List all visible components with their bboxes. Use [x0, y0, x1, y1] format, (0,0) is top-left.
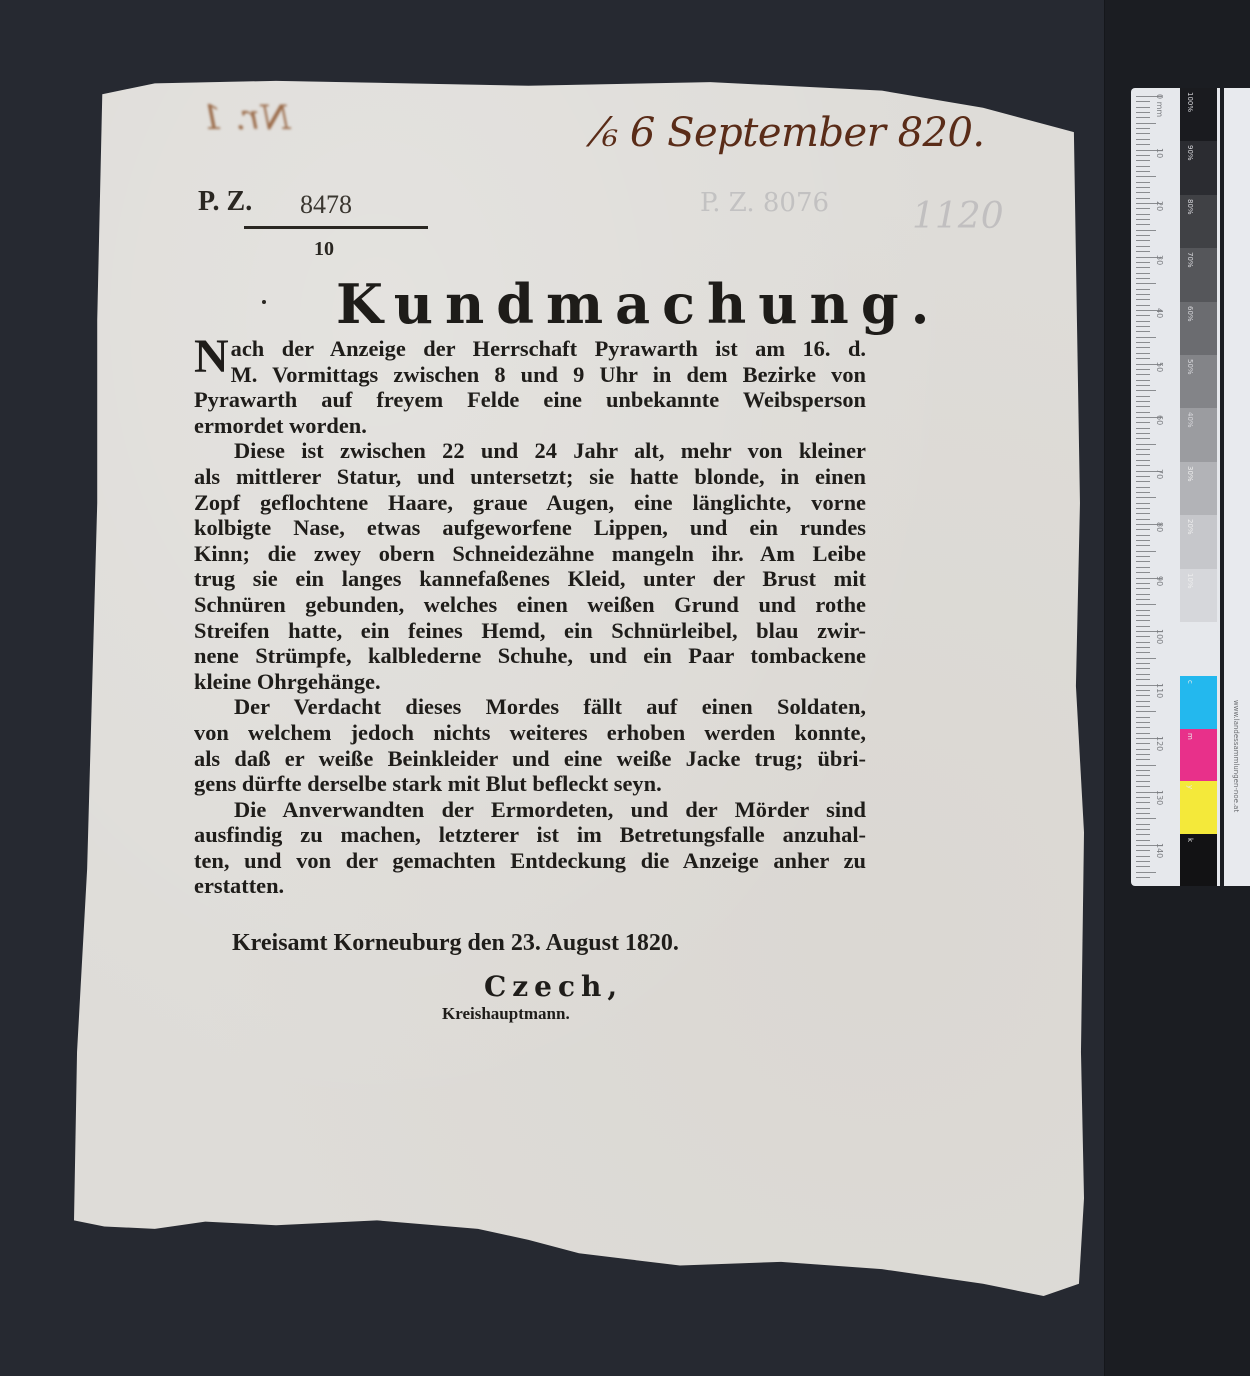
ruler-tick	[1136, 107, 1150, 108]
handwritten-annotation-left: Nr. 1	[200, 98, 291, 138]
ruler-tick	[1136, 733, 1150, 734]
paragraph-4: Die Anverwandten der Ermordeten, und der…	[194, 797, 866, 899]
ruler-tick	[1136, 861, 1150, 862]
ruler-tick	[1136, 128, 1150, 129]
handwritten-date-annotation: ⁄₆ 6 September 820.	[596, 110, 985, 156]
ruler-tick	[1136, 240, 1150, 241]
ruler-tick	[1136, 289, 1150, 290]
ruler-tick	[1136, 171, 1150, 172]
gray-patch-label: 20%	[1186, 519, 1194, 535]
ruler-tick	[1136, 850, 1150, 851]
ruler-tick	[1136, 808, 1150, 809]
ruler-tick	[1136, 326, 1150, 327]
text-line: trug sie ein langes kannefaßenes Kleid, …	[194, 566, 866, 592]
ruler-tick	[1136, 246, 1150, 247]
ruler-tick	[1136, 460, 1150, 461]
ruler-tick	[1136, 396, 1150, 397]
archive-url: www.landessammlungen-noe.at	[1232, 700, 1240, 812]
ruler-label: 120	[1155, 736, 1164, 751]
ruler-tick	[1136, 519, 1150, 520]
gray-patch-label: 40%	[1186, 412, 1194, 428]
ruler-tick	[1136, 198, 1150, 199]
ruler-tick	[1136, 545, 1150, 546]
ruler-tick	[1136, 770, 1150, 771]
text-line: Streifen hatte, ein feines Hemd, ein Sch…	[194, 618, 866, 644]
signatory-title: Kreishauptmann.	[442, 1004, 570, 1024]
ruler-tick	[1136, 626, 1150, 627]
ruler-label: 0 mm	[1155, 94, 1164, 117]
ruler-tick	[1136, 305, 1150, 306]
ruler-tick	[1136, 465, 1150, 466]
ruler-tick	[1136, 283, 1156, 284]
ruler-label: 50	[1155, 362, 1164, 372]
text-line: Diese ist zwischen 22 und 24 Jahr alt, m…	[194, 438, 866, 464]
ruler-tick	[1136, 824, 1150, 825]
ruler-tick	[1136, 706, 1150, 707]
ruler-tick	[1136, 278, 1150, 279]
text-line: erstatten.	[194, 873, 866, 899]
ruler-tick	[1136, 273, 1150, 274]
ruler-tick	[1136, 856, 1150, 857]
mm-ruler	[1136, 96, 1176, 881]
ruler-tick	[1136, 160, 1150, 161]
ruler-tick	[1136, 454, 1150, 455]
reference-label: P. Z.	[198, 186, 252, 218]
ruler-tick	[1136, 775, 1150, 776]
text-line: Zopf geflochtene Haare, graue Augen, ein…	[194, 490, 866, 516]
ruler-tick	[1136, 492, 1150, 493]
text-line: als mittlerer Statur, und untersetzt; si…	[194, 464, 866, 490]
ruler-tick	[1136, 385, 1150, 386]
ruler-tick	[1136, 759, 1150, 760]
ruler-tick	[1136, 192, 1150, 193]
text-line: ausfindig zu machen, letzterer ist im Be…	[194, 822, 866, 848]
ruler-label: 90	[1155, 576, 1164, 586]
ruler-tick	[1136, 208, 1150, 209]
ruler-tick	[1136, 727, 1150, 728]
ruler-tick	[1136, 540, 1150, 541]
ruler-tick	[1136, 401, 1150, 402]
ruler-tick	[1136, 701, 1150, 702]
ruler-tick	[1136, 647, 1150, 648]
paragraph-2: Diese ist zwischen 22 und 24 Jahr alt, m…	[194, 438, 866, 694]
ruler-tick	[1136, 663, 1150, 664]
text-line: ten, und von der gemachten Entdeckung di…	[194, 848, 866, 874]
ruler-label: 130	[1155, 790, 1164, 805]
ruler-tick	[1136, 374, 1150, 375]
ruler-tick	[1136, 679, 1150, 680]
gray-patch-label: 100%	[1186, 92, 1194, 112]
ruler-tick	[1136, 235, 1150, 236]
ruler-label: 80	[1155, 522, 1164, 532]
ruler-tick	[1136, 176, 1156, 177]
ruler-label: 10	[1155, 148, 1164, 158]
color-patch-label: y	[1186, 785, 1194, 789]
ruler-tick	[1136, 636, 1150, 637]
ruler-tick	[1136, 594, 1150, 595]
ruler-tick	[1136, 717, 1150, 718]
bleed-through-text: 1120	[912, 196, 1004, 237]
ruler-tick	[1136, 743, 1150, 744]
text-line: kleine Ohrgehänge.	[194, 669, 866, 695]
ruler-label: 140	[1155, 843, 1164, 858]
color-patch-label: c	[1186, 680, 1194, 684]
ruler-tick	[1136, 749, 1150, 750]
paragraph-1: N ach der Anzeige der Herrschaft Pyrawar…	[194, 336, 866, 438]
ruler-tick	[1136, 668, 1150, 669]
document-title: Kundmachung.	[336, 272, 941, 336]
ruler-tick	[1136, 476, 1150, 477]
gray-patch-label: 10%	[1186, 573, 1194, 589]
gray-patch-label: 70%	[1186, 252, 1194, 268]
ruler-tick	[1136, 818, 1156, 819]
bleed-through-text: P. Z. 8076	[700, 188, 829, 218]
ruler-tick	[1136, 123, 1156, 124]
ruler-tick	[1136, 722, 1150, 723]
ruler-tick	[1136, 433, 1150, 434]
ruler-tick	[1136, 695, 1150, 696]
ruler-tick	[1136, 166, 1150, 167]
ruler-tick	[1136, 294, 1150, 295]
text-line: gens dürfte derselbe stark mit Blut befl…	[194, 771, 866, 797]
ruler-tick	[1136, 214, 1150, 215]
text-line: ermordet worden.	[194, 413, 866, 439]
ruler-label: 20	[1155, 201, 1164, 211]
ruler-tick	[1136, 321, 1150, 322]
ruler-tick	[1136, 802, 1150, 803]
ruler-tick	[1136, 369, 1150, 370]
ruler-tick	[1136, 497, 1156, 498]
ruler-tick	[1136, 347, 1150, 348]
ruler-label: 30	[1155, 255, 1164, 265]
ruler-tick	[1136, 797, 1150, 798]
ruler-tick	[1136, 781, 1150, 782]
text-line: kolbigte Nase, etwas aufgeworfene Lippen…	[194, 515, 866, 541]
ruler-tick	[1136, 840, 1150, 841]
ruler-tick	[1136, 342, 1150, 343]
ruler-tick	[1136, 139, 1150, 140]
gray-patch-label: 80%	[1186, 199, 1194, 215]
ruler-tick	[1136, 406, 1150, 407]
dropcap: N	[194, 342, 229, 372]
gray-patch-label: 60%	[1186, 306, 1194, 322]
ruler-tick	[1136, 219, 1150, 220]
ruler-tick	[1136, 353, 1150, 354]
text-line: M. Vormittags zwischen 8 und 9 Uhr in de…	[231, 362, 866, 388]
ruler-label: 70	[1155, 469, 1164, 479]
ruler-tick	[1136, 101, 1150, 102]
ruler-tick	[1136, 551, 1156, 552]
ruler-tick	[1136, 834, 1150, 835]
ruler-tick	[1136, 829, 1150, 830]
ruler-label: 110	[1155, 683, 1164, 698]
ruler-tick	[1136, 508, 1150, 509]
color-patch-label: m	[1186, 733, 1194, 740]
ruler-tick	[1136, 652, 1150, 653]
text-line: Die Anverwandten der Ermordeten, und der…	[194, 797, 866, 823]
ruler-tick	[1136, 615, 1150, 616]
ruler-tick	[1136, 535, 1150, 536]
ruler-tick	[1136, 224, 1150, 225]
text-line: nene Strümpfe, kalblederne Schuhe, und e…	[194, 643, 866, 669]
document-body: N ach der Anzeige der Herrschaft Pyrawar…	[194, 336, 866, 899]
ruler-tick	[1136, 267, 1150, 268]
ruler-tick	[1136, 380, 1150, 381]
ruler-tick	[1136, 556, 1150, 557]
ruler-tick	[1136, 428, 1150, 429]
ruler-label: 60	[1155, 415, 1164, 425]
ruler-tick	[1136, 112, 1150, 113]
ruler-tick	[1136, 251, 1150, 252]
ruler-tick	[1136, 754, 1150, 755]
ruler-tick	[1136, 449, 1150, 450]
ruler-tick	[1136, 711, 1156, 712]
gray-patch-label: 50%	[1186, 359, 1194, 375]
text-line: Kinn; die zwey obern Schneidezähne mange…	[194, 541, 866, 567]
reference-number: 8478	[300, 190, 352, 220]
ruler-tick	[1136, 583, 1150, 584]
ruler-label: 100	[1155, 629, 1164, 644]
ruler-tick	[1136, 438, 1150, 439]
signatory-name: Czech,	[484, 970, 623, 1003]
ruler-tick	[1136, 620, 1150, 621]
ruler-tick	[1136, 331, 1150, 332]
ruler-label: 40	[1155, 308, 1164, 318]
text-line: ach der Anzeige der Herrschaft Pyrawarth…	[231, 336, 866, 362]
text-line: von welchem jedoch nichts weiteres erhob…	[194, 720, 866, 746]
ruler-tick	[1136, 866, 1150, 867]
ruler-tick	[1136, 610, 1150, 611]
ruler-tick	[1136, 690, 1150, 691]
ruler-tick	[1136, 529, 1150, 530]
text-line: Schnüren gebunden, welches einen weißen …	[194, 592, 866, 618]
text-line: Der Verdacht dieses Mordes fällt auf ein…	[194, 694, 866, 720]
ruler-tick	[1136, 182, 1150, 183]
ruler-tick	[1136, 230, 1156, 231]
text-line: Pyrawarth auf freyem Felde eine unbekann…	[194, 387, 866, 413]
gray-patch-label: 30%	[1186, 466, 1194, 482]
paragraph-3: Der Verdacht dieses Mordes fällt auf ein…	[194, 694, 866, 796]
ruler-tick	[1136, 390, 1156, 391]
ruler-tick	[1136, 487, 1150, 488]
ruler-tick	[1136, 187, 1150, 188]
ruler-tick	[1136, 444, 1156, 445]
ruler-tick	[1136, 572, 1150, 573]
reference-rule	[244, 226, 428, 229]
color-patch-label: k	[1186, 838, 1194, 842]
ruler-tick	[1136, 642, 1150, 643]
ruler-tick	[1136, 358, 1150, 359]
ruler-tick	[1136, 513, 1150, 514]
text-line: als daß er weiße Beinkleider und eine we…	[194, 746, 866, 772]
ruler-tick	[1136, 144, 1150, 145]
ruler-tick	[1136, 786, 1150, 787]
ruler-tick	[1136, 658, 1156, 659]
ruler-tick	[1136, 412, 1150, 413]
ruler-tick	[1136, 155, 1150, 156]
ruler-tick	[1136, 337, 1156, 338]
ruler-tick	[1136, 481, 1150, 482]
ruler-tick	[1136, 299, 1150, 300]
decorative-dot	[262, 300, 266, 304]
ruler-tick	[1136, 872, 1156, 873]
ruler-tick	[1136, 588, 1150, 589]
ruler-tick	[1136, 561, 1150, 562]
ruler-tick	[1136, 604, 1156, 605]
ruler-tick	[1136, 422, 1150, 423]
ruler-tick	[1136, 765, 1156, 766]
ruler-tick	[1136, 133, 1150, 134]
gray-patch-label: 90%	[1186, 145, 1194, 161]
place-date: Kreisamt Korneuburg den 23. August 1820.	[232, 930, 679, 957]
ruler-tick	[1136, 813, 1150, 814]
ruler-tick	[1136, 599, 1150, 600]
ruler-tick	[1136, 262, 1150, 263]
ruler-tick	[1136, 315, 1150, 316]
ruler-tick	[1136, 567, 1150, 568]
ruler-tick	[1136, 674, 1150, 675]
reference-sub: 10	[314, 238, 334, 261]
ruler-tick	[1136, 117, 1150, 118]
ruler-tick	[1136, 503, 1150, 504]
ruler-tick	[1136, 877, 1150, 878]
